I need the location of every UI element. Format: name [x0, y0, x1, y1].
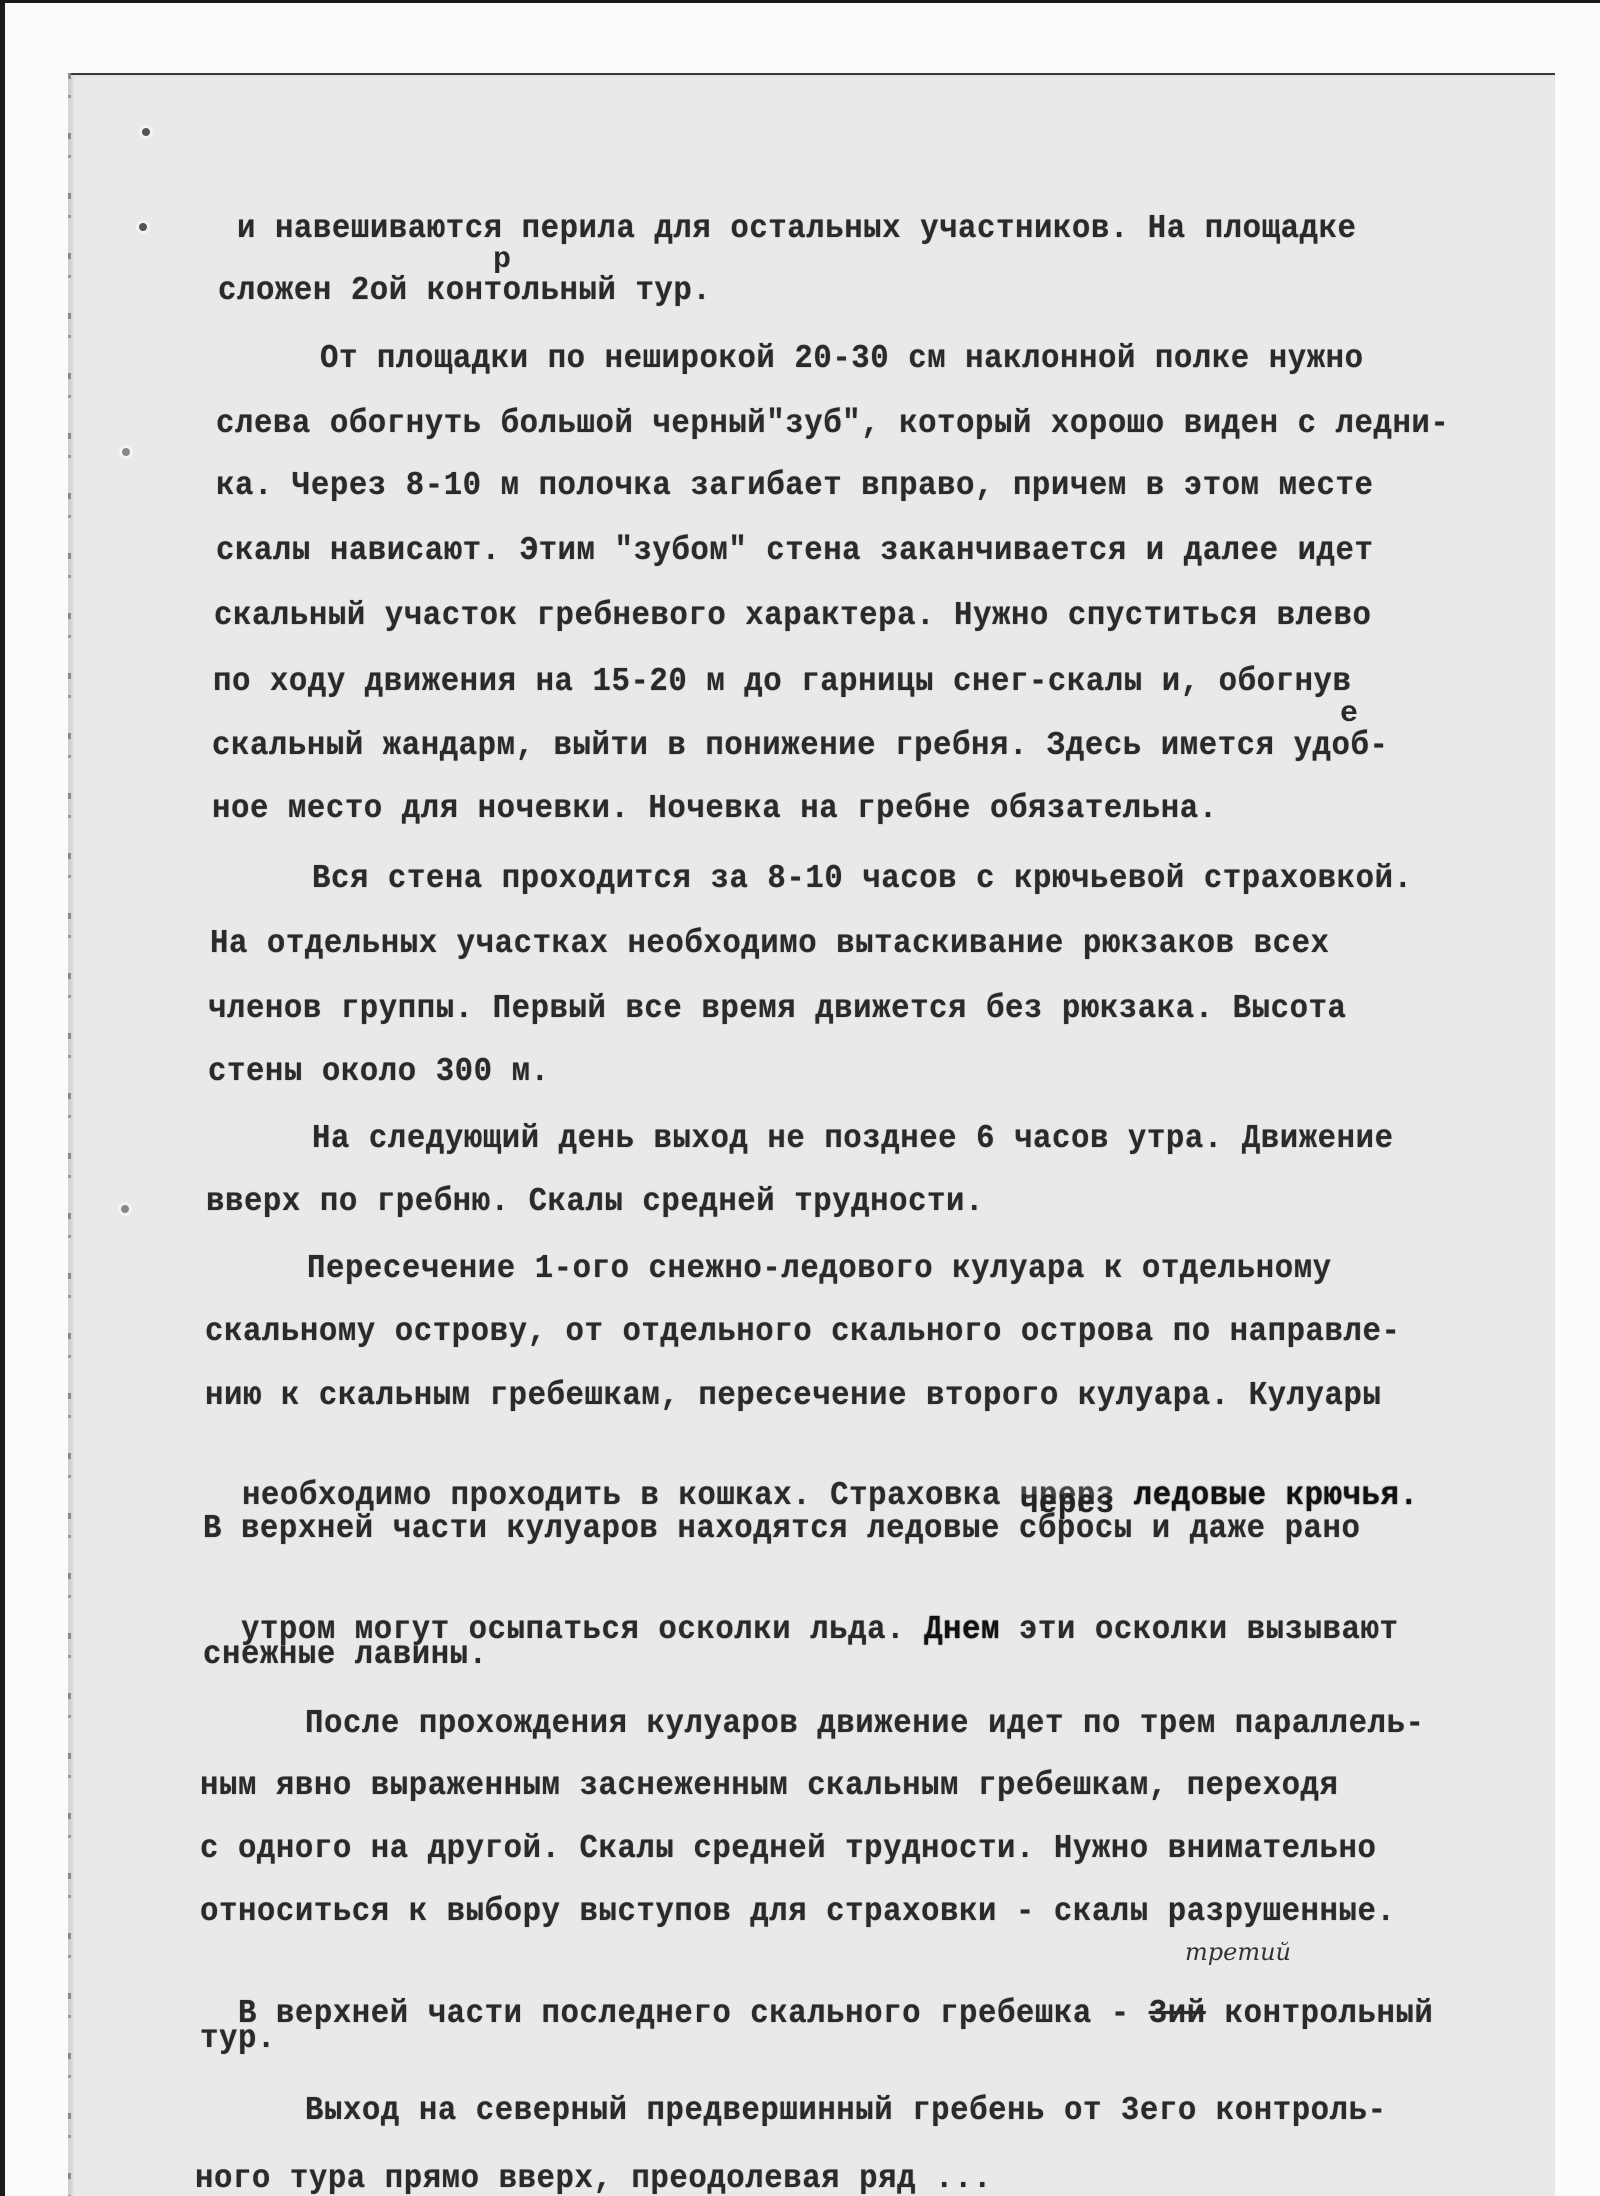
text-line: Пересечение 1-ого снежно-ледового кулуар… — [307, 1250, 1332, 1287]
text-line: Вся стена проходится за 8-10 часов с крю… — [312, 860, 1413, 897]
text-line: ного тура прямо вверх, преодолевая ряд .… — [195, 2160, 992, 2196]
text-line: с одного на другой. Скалы средней трудно… — [200, 1830, 1376, 1867]
text-segment: В верхней части последнего скального гре… — [238, 1995, 1149, 2032]
text-line: скальный участок гребневого характера. Н… — [214, 597, 1371, 634]
typed-insertion: е — [1340, 697, 1358, 731]
text-line: ным явно выраженным заснеженным скальным… — [200, 1767, 1339, 1804]
punch-hole-mark — [142, 128, 150, 136]
text-line: В верхней части кулуаров находятся ледов… — [203, 1510, 1360, 1547]
text-line: необходимо проходить в кошках. Страховка… — [204, 1440, 1418, 1514]
text-segment: необходимо проходить в кошках. Страховка — [242, 1477, 1020, 1514]
text-line: сложен 2ой контольный тур. — [218, 272, 711, 309]
text-line: ное место для ночевки. Ночевка на гребне… — [212, 790, 1218, 827]
text-segment: контрольный — [1206, 1995, 1434, 2032]
text-line: слева обогнуть большой черный"зуб", кото… — [216, 405, 1449, 442]
text-segment: ледовые крючья. — [1115, 1477, 1419, 1514]
text-line: На отдельных участках необходимо вытаски… — [210, 925, 1330, 962]
text-line: скалы нависают. Этим "зубом" стена закан… — [216, 532, 1373, 569]
text-line: После прохождения кулуаров движение идет… — [305, 1705, 1425, 1742]
text-line: От площадки по неширокой 20-30 см наклон… — [320, 340, 1364, 377]
text-line: вверх по гребню. Скалы средней трудности… — [206, 1183, 984, 1220]
text-line: стены около 300 м. — [208, 1053, 550, 1090]
punch-hole-mark — [122, 448, 130, 456]
text-line: ка. Через 8-10 м полочка загибает вправо… — [216, 467, 1373, 504]
text-line: На следующий день выход не позднее 6 час… — [312, 1120, 1394, 1157]
text-line: и навешиваются перила для остальных учас… — [237, 210, 1357, 247]
text-line: относиться к выбору выступов для страхов… — [200, 1893, 1395, 1930]
text-line: по ходу движения на 15-20 м до гарницы с… — [213, 663, 1352, 700]
text-line: тур. — [200, 2020, 276, 2057]
overtyped-correction: чрерзчерез — [1020, 1477, 1115, 1514]
struck-word: 3ий — [1149, 1995, 1206, 2032]
text-line: скальному острову, от отдельного скально… — [205, 1313, 1400, 1350]
punch-hole-mark — [139, 223, 147, 231]
text-line: Выход на северный предвершинный гребень … — [305, 2092, 1387, 2129]
scan-frame-left — [0, 0, 5, 2196]
text-line: членов группы. Первый все время движется… — [208, 990, 1347, 1027]
text-line: снежные лавины. — [203, 1636, 488, 1673]
punch-hole-mark — [121, 1205, 129, 1213]
text-line: В верхней части последнего скального гре… — [200, 1958, 1433, 2032]
scan-frame-top — [0, 0, 1600, 3]
text-line: нию к скальным гребешкам, пересечение вт… — [205, 1377, 1381, 1414]
text-line: скальный жандарм, выйти в понижение греб… — [212, 727, 1388, 764]
paper-torn-edge — [68, 73, 71, 2196]
text-segment: эти осколки вызывают — [1000, 1611, 1398, 1648]
overstruck-word: Днем — [924, 1611, 1000, 1648]
